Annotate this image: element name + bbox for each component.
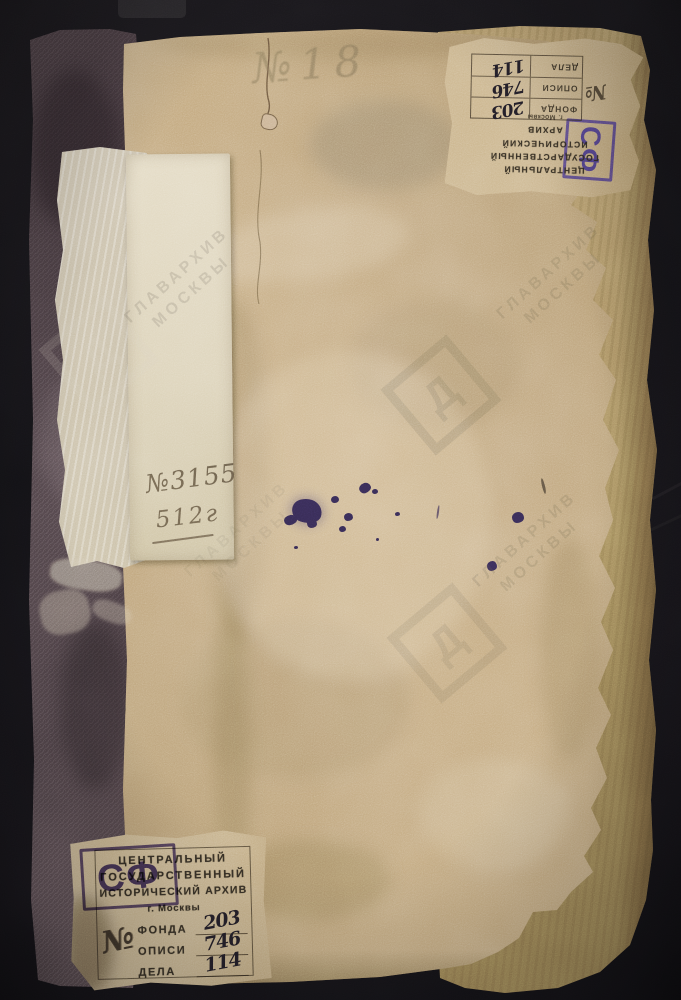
archive-stamp-top: СФ ЦЕНТРАЛЬНЫЙ ГОСУДАРСТВЕННЫЙ ИСТОРИЧЕС…	[440, 34, 645, 200]
backdrop-object	[118, 0, 186, 18]
numero-sign: №	[583, 82, 608, 105]
archive-label-bottom: ЦЕНТРАЛЬНЫЙ ГОСУДАРСТВЕННЫЙ ИСТОРИЧЕСКИЙ…	[66, 829, 272, 992]
row-value-cell: 203	[471, 97, 529, 118]
row-label: ФОНДА	[137, 923, 195, 937]
row-label: ДЕЛА	[530, 56, 582, 78]
table-row: ОПИСИ 746	[471, 76, 581, 99]
fond-opis-delo-rows: ФОНДА 203 ОПИСИ 746 ДЕЛА 114	[137, 913, 249, 979]
pencil-inventory-note: №18	[251, 40, 371, 90]
archival-scan-backdrop: №18 №3155 512г	[0, 0, 681, 1000]
ink-blot	[339, 526, 346, 532]
table-row: ДЕЛА 114	[138, 955, 249, 979]
spine-label-number: №3155	[144, 460, 239, 497]
row-value-cell: 746	[471, 77, 529, 98]
fond-opis-delo-table: ФОНДА 203 ОПИСИ 746 ДЕЛА 114	[470, 53, 583, 120]
table-row: ДЕЛА 114	[472, 55, 582, 78]
row-label: ДЕЛА	[138, 965, 196, 979]
table-row: ФОНДА 203	[471, 96, 581, 119]
sf-letters: СФ	[95, 853, 163, 902]
org-line: ГОСУДАРСТВЕННЫЙ	[485, 148, 603, 164]
row-label: ОПИСИ	[529, 78, 581, 99]
row-value-cell: 114	[472, 55, 530, 77]
org-line: ЦЕНТРАЛЬНЫЙ	[485, 162, 603, 178]
backdrop-streak	[652, 479, 681, 500]
handwritten-number: 114	[491, 54, 527, 80]
row-label: ФОНДА	[529, 99, 581, 120]
spine-label-code: 512г	[155, 502, 221, 532]
row-value-cell: 114	[196, 955, 249, 977]
ink-blot	[294, 546, 298, 549]
cloth-wear-patch	[60, 620, 130, 790]
spine-paper-label: №3155 512г	[126, 153, 234, 560]
sf-stamp-bottom: СФ	[79, 843, 179, 911]
row-label: ОПИСИ	[138, 944, 196, 958]
org-line: ИСТОРИЧЕСКИЙ АРХИВ	[485, 122, 604, 151]
backdrop-streak	[648, 510, 681, 532]
numero-sign: №	[99, 923, 137, 959]
spine-label-underline	[152, 534, 214, 544]
archive-label-top: СФ ЦЕНТРАЛЬНЫЙ ГОСУДАРСТВЕННЫЙ ИСТОРИЧЕС…	[440, 34, 645, 200]
